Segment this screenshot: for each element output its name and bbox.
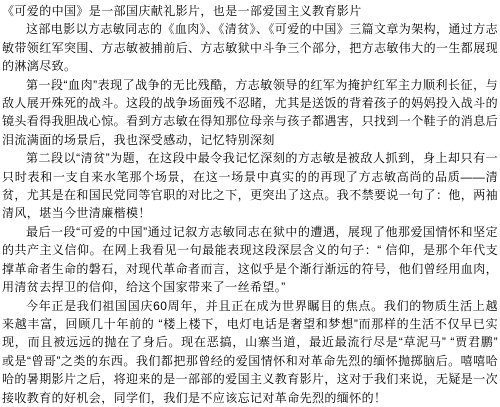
- conclusion-paragraph: 今年正是我们祖国国庆60周年，并且正在成为世界瞩目的焦点。我们的物质生活上越来越…: [2, 297, 498, 407]
- section-three-keai-de-zhongguo-paragraph: 最后一段“可爱的中国”通过记叙方志敏同志在狱中的遭遇，展现了他那爱国情怀和坚定的…: [2, 223, 498, 297]
- opening-line: 《可爱的中国》是一部国庆献礼影片，也是一部爱国主义教育影片: [2, 2, 498, 20]
- section-one-xuerou-paragraph: 第一段“血肉”表现了战争的无比残酷，方志敏领导的红军为掩护红军主力顺利长征，与敌…: [2, 76, 498, 150]
- film-structure-paragraph: 这部电影以方志敏同志的《血肉》、《清贫》、《可爱的中国》三篇文章为架构，通过方志…: [2, 20, 498, 75]
- document-page: 《可爱的中国》是一部国庆献礼影片，也是一部爱国主义教育影片 这部电影以方志敏同志…: [0, 0, 500, 407]
- section-two-qingpin-paragraph: 第二段以“清贫”为题，在这段中最令我记忆深刻的方志敏是被敌人抓到，身上却只有一只…: [2, 149, 498, 223]
